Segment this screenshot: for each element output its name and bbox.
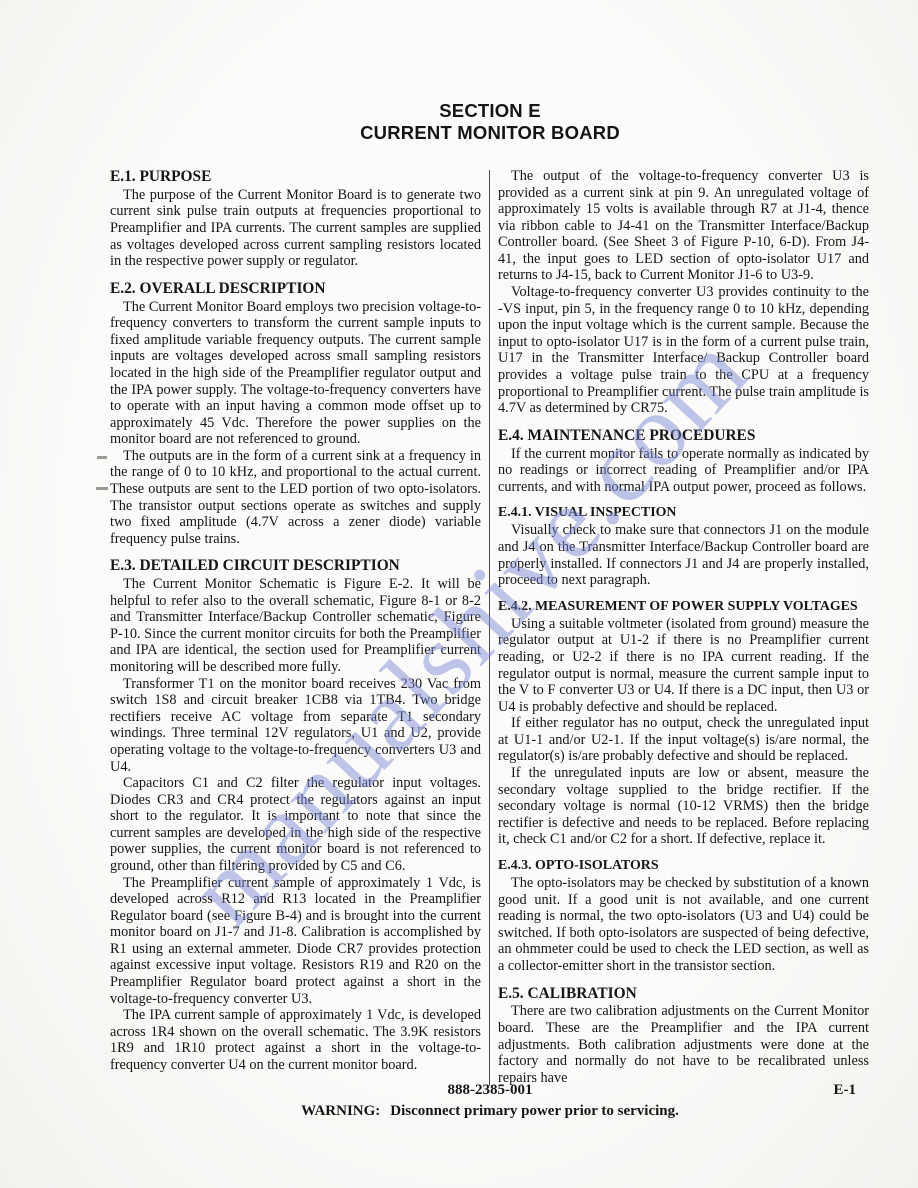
paragraph: Using a suitable voltmeter (isolated fro… <box>498 616 869 715</box>
paragraph: Visually check to make sure that connect… <box>498 522 869 588</box>
paragraph: The Current Monitor Schematic is Figure … <box>110 576 481 675</box>
section-title-line2: CURRENT MONITOR BOARD <box>110 122 870 144</box>
two-column-body: E.1. PURPOSE The purpose of the Current … <box>110 168 870 1086</box>
paragraph: The outputs are in the form of a current… <box>110 448 481 547</box>
paragraph: Voltage-to-frequency converter U3 provid… <box>498 284 869 417</box>
scan-artifact <box>96 487 108 490</box>
paragraph: The purpose of the Current Monitor Board… <box>110 187 481 270</box>
footer-warning: WARNING:Disconnect primary power prior t… <box>110 1103 870 1120</box>
subsection-heading: E.4.1. VISUAL INSPECTION <box>498 505 869 521</box>
section-e4: E.4. MAINTENANCE PROCEDURES If the curre… <box>498 427 869 496</box>
paragraph: The Preamplifier current sample of appro… <box>110 875 481 1008</box>
left-column: E.1. PURPOSE The purpose of the Current … <box>110 168 481 1086</box>
paragraph: The opto-isolators may be checked by sub… <box>498 875 869 974</box>
paragraph: If the unregulated inputs are low or abs… <box>498 765 869 848</box>
footer-line: 888-2385-001 E-1 <box>110 1082 870 1099</box>
paragraph: There are two calibration adjustments on… <box>498 1003 869 1086</box>
paragraph: Transformer T1 on the monitor board rece… <box>110 676 481 775</box>
scan-artifact <box>97 456 107 459</box>
page-footer: 888-2385-001 E-1 WARNING:Disconnect prim… <box>110 1082 870 1120</box>
section-e2: E.2. OVERALL DESCRIPTION The Current Mon… <box>110 280 481 548</box>
column-divider <box>489 170 490 1086</box>
section-title-line1: SECTION E <box>110 100 870 122</box>
right-column: The output of the voltage-to-frequency c… <box>498 168 869 1086</box>
manual-page: SECTION E CURRENT MONITOR BOARD E.1. PUR… <box>0 0 918 1188</box>
section-heading: E.3. DETAILED CIRCUIT DESCRIPTION <box>110 557 481 575</box>
section-e3-continued: The output of the voltage-to-frequency c… <box>498 168 869 417</box>
document-number: 888-2385-001 <box>448 1082 533 1098</box>
subsection-heading: E.4.2. MEASUREMENT OF POWER SUPPLY VOLTA… <box>498 599 869 615</box>
section-heading: E.2. OVERALL DESCRIPTION <box>110 280 481 298</box>
warning-text: Disconnect primary power prior to servic… <box>390 1103 679 1119</box>
paragraph: The Current Monitor Board employs two pr… <box>110 299 481 448</box>
section-heading: E.4. MAINTENANCE PROCEDURES <box>498 427 869 445</box>
paragraph: If the current monitor fails to operate … <box>498 446 869 496</box>
section-e5: E.5. CALIBRATION There are two calibrati… <box>498 985 869 1087</box>
section-e4-1: E.4.1. VISUAL INSPECTION Visually check … <box>498 505 869 588</box>
page-number: E-1 <box>834 1082 857 1099</box>
section-heading: E.1. PURPOSE <box>110 168 481 186</box>
paragraph: Capacitors C1 and C2 filter the regulato… <box>110 775 481 874</box>
section-e4-3: E.4.3. OPTO-ISOLATORS The opto-isolators… <box>498 858 869 975</box>
paragraph: The IPA current sample of approximately … <box>110 1007 481 1073</box>
warning-label: WARNING: <box>301 1103 380 1119</box>
page-title: SECTION E CURRENT MONITOR BOARD <box>110 100 870 144</box>
section-e1: E.1. PURPOSE The purpose of the Current … <box>110 168 481 270</box>
section-e3: E.3. DETAILED CIRCUIT DESCRIPTION The Cu… <box>110 557 481 1073</box>
subsection-heading: E.4.3. OPTO-ISOLATORS <box>498 858 869 874</box>
section-heading: E.5. CALIBRATION <box>498 985 869 1003</box>
paragraph: If either regulator has no output, check… <box>498 715 869 765</box>
paragraph: The output of the voltage-to-frequency c… <box>498 168 869 284</box>
section-e4-2: E.4.2. MEASUREMENT OF POWER SUPPLY VOLTA… <box>498 599 869 848</box>
